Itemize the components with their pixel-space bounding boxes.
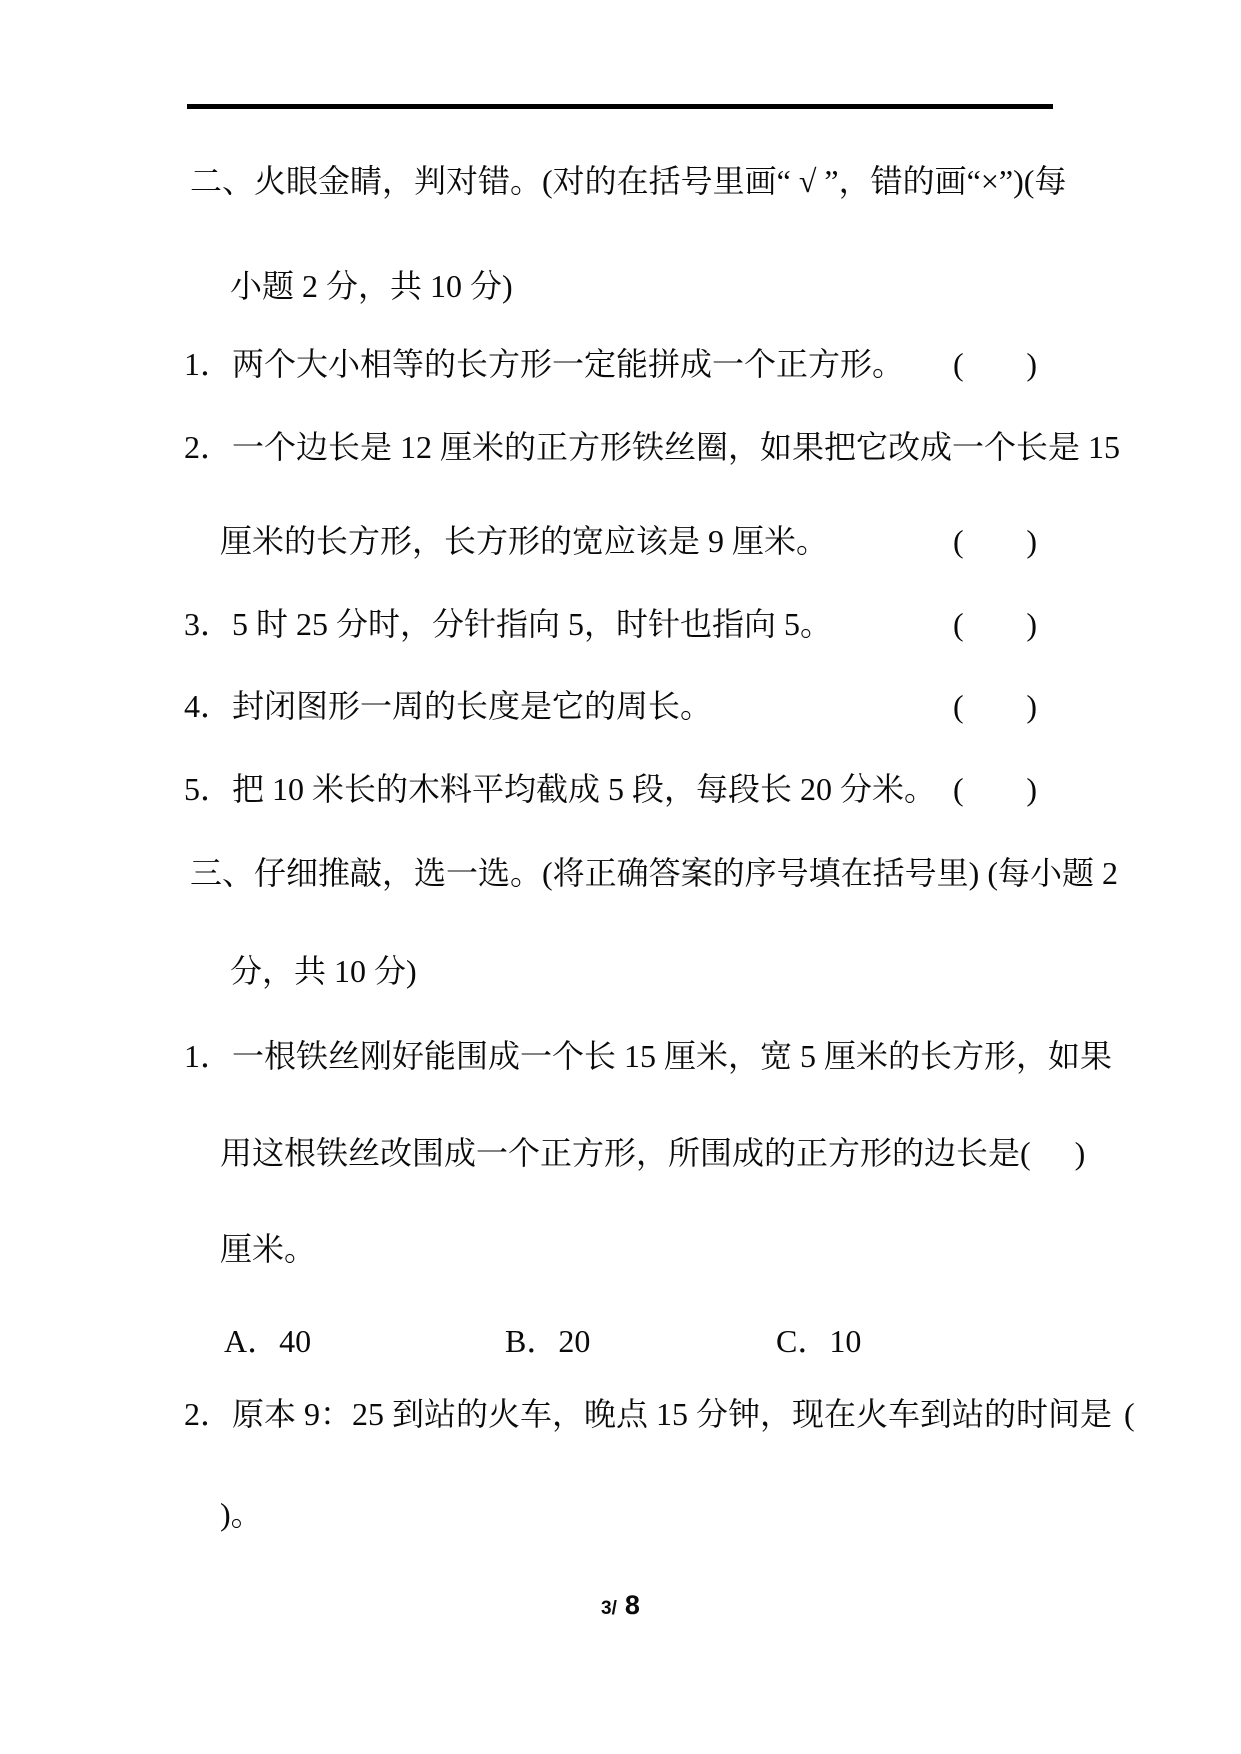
judge-q1-answer-parens: ( ): [953, 343, 1037, 385]
section2-heading-text2: 小题 2 分，共 10 分): [230, 265, 513, 307]
section3-heading-line1: 三、仔细推敲，选一选。(将正确答案的序号填在括号里) (每小题 2: [0, 852, 1241, 894]
choice-q2-row-line2: )。: [0, 1493, 1241, 1535]
page-number-current: 3/: [601, 1598, 617, 1620]
judge-q4-answer-parens: ( ): [953, 685, 1037, 727]
option-b: B．20: [505, 1320, 590, 1362]
choice-q2-text2: )。: [220, 1493, 263, 1535]
paren-close: ): [1026, 768, 1037, 810]
section2-heading-line1: 二、火眼金睛，判对错。(对的在括号里画“ √ ”，错的画“×”)(每: [0, 160, 1241, 202]
paren-open: (: [953, 768, 964, 810]
option-a: A．40: [224, 1320, 311, 1362]
judge-q2-row-line2: 厘米的长方形，长方形的宽应该是 9 厘米。 ( ): [0, 520, 1241, 562]
judge-q2-text1: 2．一个边长是 12 厘米的正方形铁丝圈，如果把它改成一个长是 15: [184, 426, 1120, 468]
choice-q2-row-line1: 2．原本 9：25 到站的火车，晚点 15 分钟，现在火车到站的时间是(: [0, 1393, 1241, 1435]
paren-close: ): [1026, 343, 1037, 385]
paren-close: ): [1026, 685, 1037, 727]
section2-heading-text1: 二、火眼金睛，判对错。(对的在括号里画“ √ ”，错的画“×”)(每: [190, 160, 1066, 202]
page-number-total: 8: [625, 1590, 640, 1621]
paren-open: (: [1124, 1396, 1135, 1432]
judge-q3-text: 3．5 时 25 分时，分针指向 5，时针也指向 5。: [184, 603, 832, 645]
paren-open: (: [1020, 1135, 1031, 1171]
paren-open: (: [953, 343, 964, 385]
section3-heading-text2: 分，共 10 分): [230, 950, 417, 992]
paren-close: ): [1026, 603, 1037, 645]
header-rule: [187, 104, 1053, 109]
paren-close: ): [1026, 520, 1037, 562]
choice-q1-options-row: A．40 B．20 C．10: [0, 1320, 1241, 1362]
choice-q1-row-line2: 用这根铁丝改围成一个正方形，所围成的正方形的边长是(): [0, 1132, 1241, 1174]
judge-q3-row: 3．5 时 25 分时，分针指向 5，时针也指向 5。 ( ): [0, 603, 1241, 645]
paren-open: (: [953, 685, 964, 727]
page-footer: 3/ 8: [0, 1590, 1241, 1630]
choice-q1-text2: 用这根铁丝改围成一个正方形，所围成的正方形的边长是(): [220, 1132, 1085, 1174]
judge-q1-row: 1．两个大小相等的长方形一定能拼成一个正方形。 ( ): [0, 343, 1241, 385]
choice-q1-row-line3: 厘米。: [0, 1228, 1241, 1270]
section3-heading-text1: 三、仔细推敲，选一选。(将正确答案的序号填在括号里) (每小题 2: [190, 852, 1118, 894]
judge-q2-answer-parens: ( ): [953, 520, 1037, 562]
judge-q2-row-line1: 2．一个边长是 12 厘米的正方形铁丝圈，如果把它改成一个长是 15: [0, 426, 1241, 468]
judge-q4-text: 4．封闭图形一周的长度是它的周长。: [184, 685, 712, 727]
test-paper-page: 二、火眼金睛，判对错。(对的在括号里画“ √ ”，错的画“×”)(每 小题 2 …: [0, 0, 1241, 1754]
choice-q1-row-line1: 1．一根铁丝刚好能围成一个长 15 厘米，宽 5 厘米的长方形，如果: [0, 1035, 1241, 1077]
choice-q2-text1: 2．原本 9：25 到站的火车，晚点 15 分钟，现在火车到站的时间是(: [184, 1393, 1135, 1435]
section3-heading-line2: 分，共 10 分): [0, 950, 1241, 992]
judge-q4-row: 4．封闭图形一周的长度是它的周长。 ( ): [0, 685, 1241, 727]
judge-q2-text2: 厘米的长方形，长方形的宽应该是 9 厘米。: [220, 520, 828, 562]
choice-q1-text1: 1．一根铁丝刚好能围成一个长 15 厘米，宽 5 厘米的长方形，如果: [184, 1035, 1112, 1077]
paren-open: (: [953, 520, 964, 562]
judge-q5-answer-parens: ( ): [953, 768, 1037, 810]
paren-open: (: [953, 603, 964, 645]
choice-q2-text1-body: 2．原本 9：25 到站的火车，晚点 15 分钟，现在火车到站的时间是: [184, 1396, 1112, 1432]
judge-q1-text: 1．两个大小相等的长方形一定能拼成一个正方形。: [184, 343, 904, 385]
judge-q5-text: 5．把 10 米长的木料平均截成 5 段，每段长 20 分米。: [184, 768, 936, 810]
choice-q1-text3: 厘米。: [220, 1228, 316, 1270]
judge-q3-answer-parens: ( ): [953, 603, 1037, 645]
judge-q5-row: 5．把 10 米长的木料平均截成 5 段，每段长 20 分米。 ( ): [0, 768, 1241, 810]
option-c: C．10: [776, 1320, 861, 1362]
section2-heading-line2: 小题 2 分，共 10 分): [0, 265, 1241, 307]
paren-close: ): [1075, 1135, 1086, 1171]
choice-q1-text2-body: 用这根铁丝改围成一个正方形，所围成的正方形的边长是: [220, 1135, 1020, 1171]
